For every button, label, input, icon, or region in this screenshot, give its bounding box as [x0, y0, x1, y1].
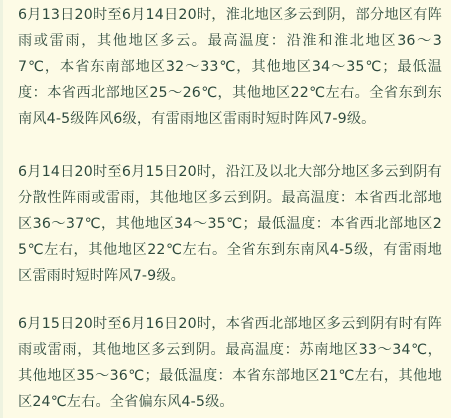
forecast-paragraph-june-14-15: 6月14日20时至6月15日20时，沿江及以北大部分地区多云到阴有分散性阵雨或雷… — [18, 159, 442, 289]
forecast-paragraph-june-13-14: 6月13日20时至6月14日20时，淮北地区多云到阴，部分地区有阵雨或雷雨，其他… — [18, 2, 442, 132]
weather-forecast-document: 6月13日20时至6月14日20时，淮北地区多云到阴，部分地区有阵雨或雷雨，其他… — [0, 0, 451, 418]
forecast-paragraph-june-15-16: 6月15日20时至6月16日20时，本省西北部地区多云到阴有时有阵雨或雷雨，其他… — [18, 311, 442, 415]
